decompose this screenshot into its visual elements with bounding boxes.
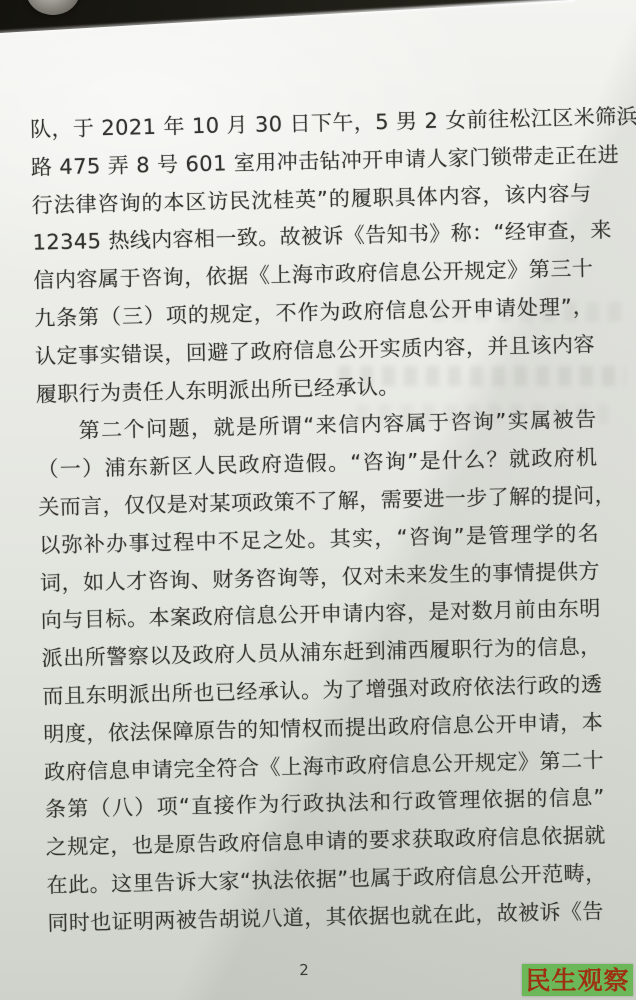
paper-sheet: 队，于 2021 年 10 月 30 日下午，5 男 2 女前往松江区米筛浜 路… <box>0 0 636 1000</box>
page-number: 2 <box>294 961 314 979</box>
watermark-text: 民生观察 <box>525 968 629 993</box>
background-round-object <box>26 0 80 15</box>
document-body-text: 队，于 2021 年 10 月 30 日下午，5 男 2 女前往松江区米筛浜 路… <box>30 99 608 943</box>
photo-of-document: 队，于 2021 年 10 月 30 日下午，5 男 2 女前往松江区米筛浜 路… <box>0 0 636 1000</box>
watermark-badge: 民生观察 <box>522 964 633 996</box>
